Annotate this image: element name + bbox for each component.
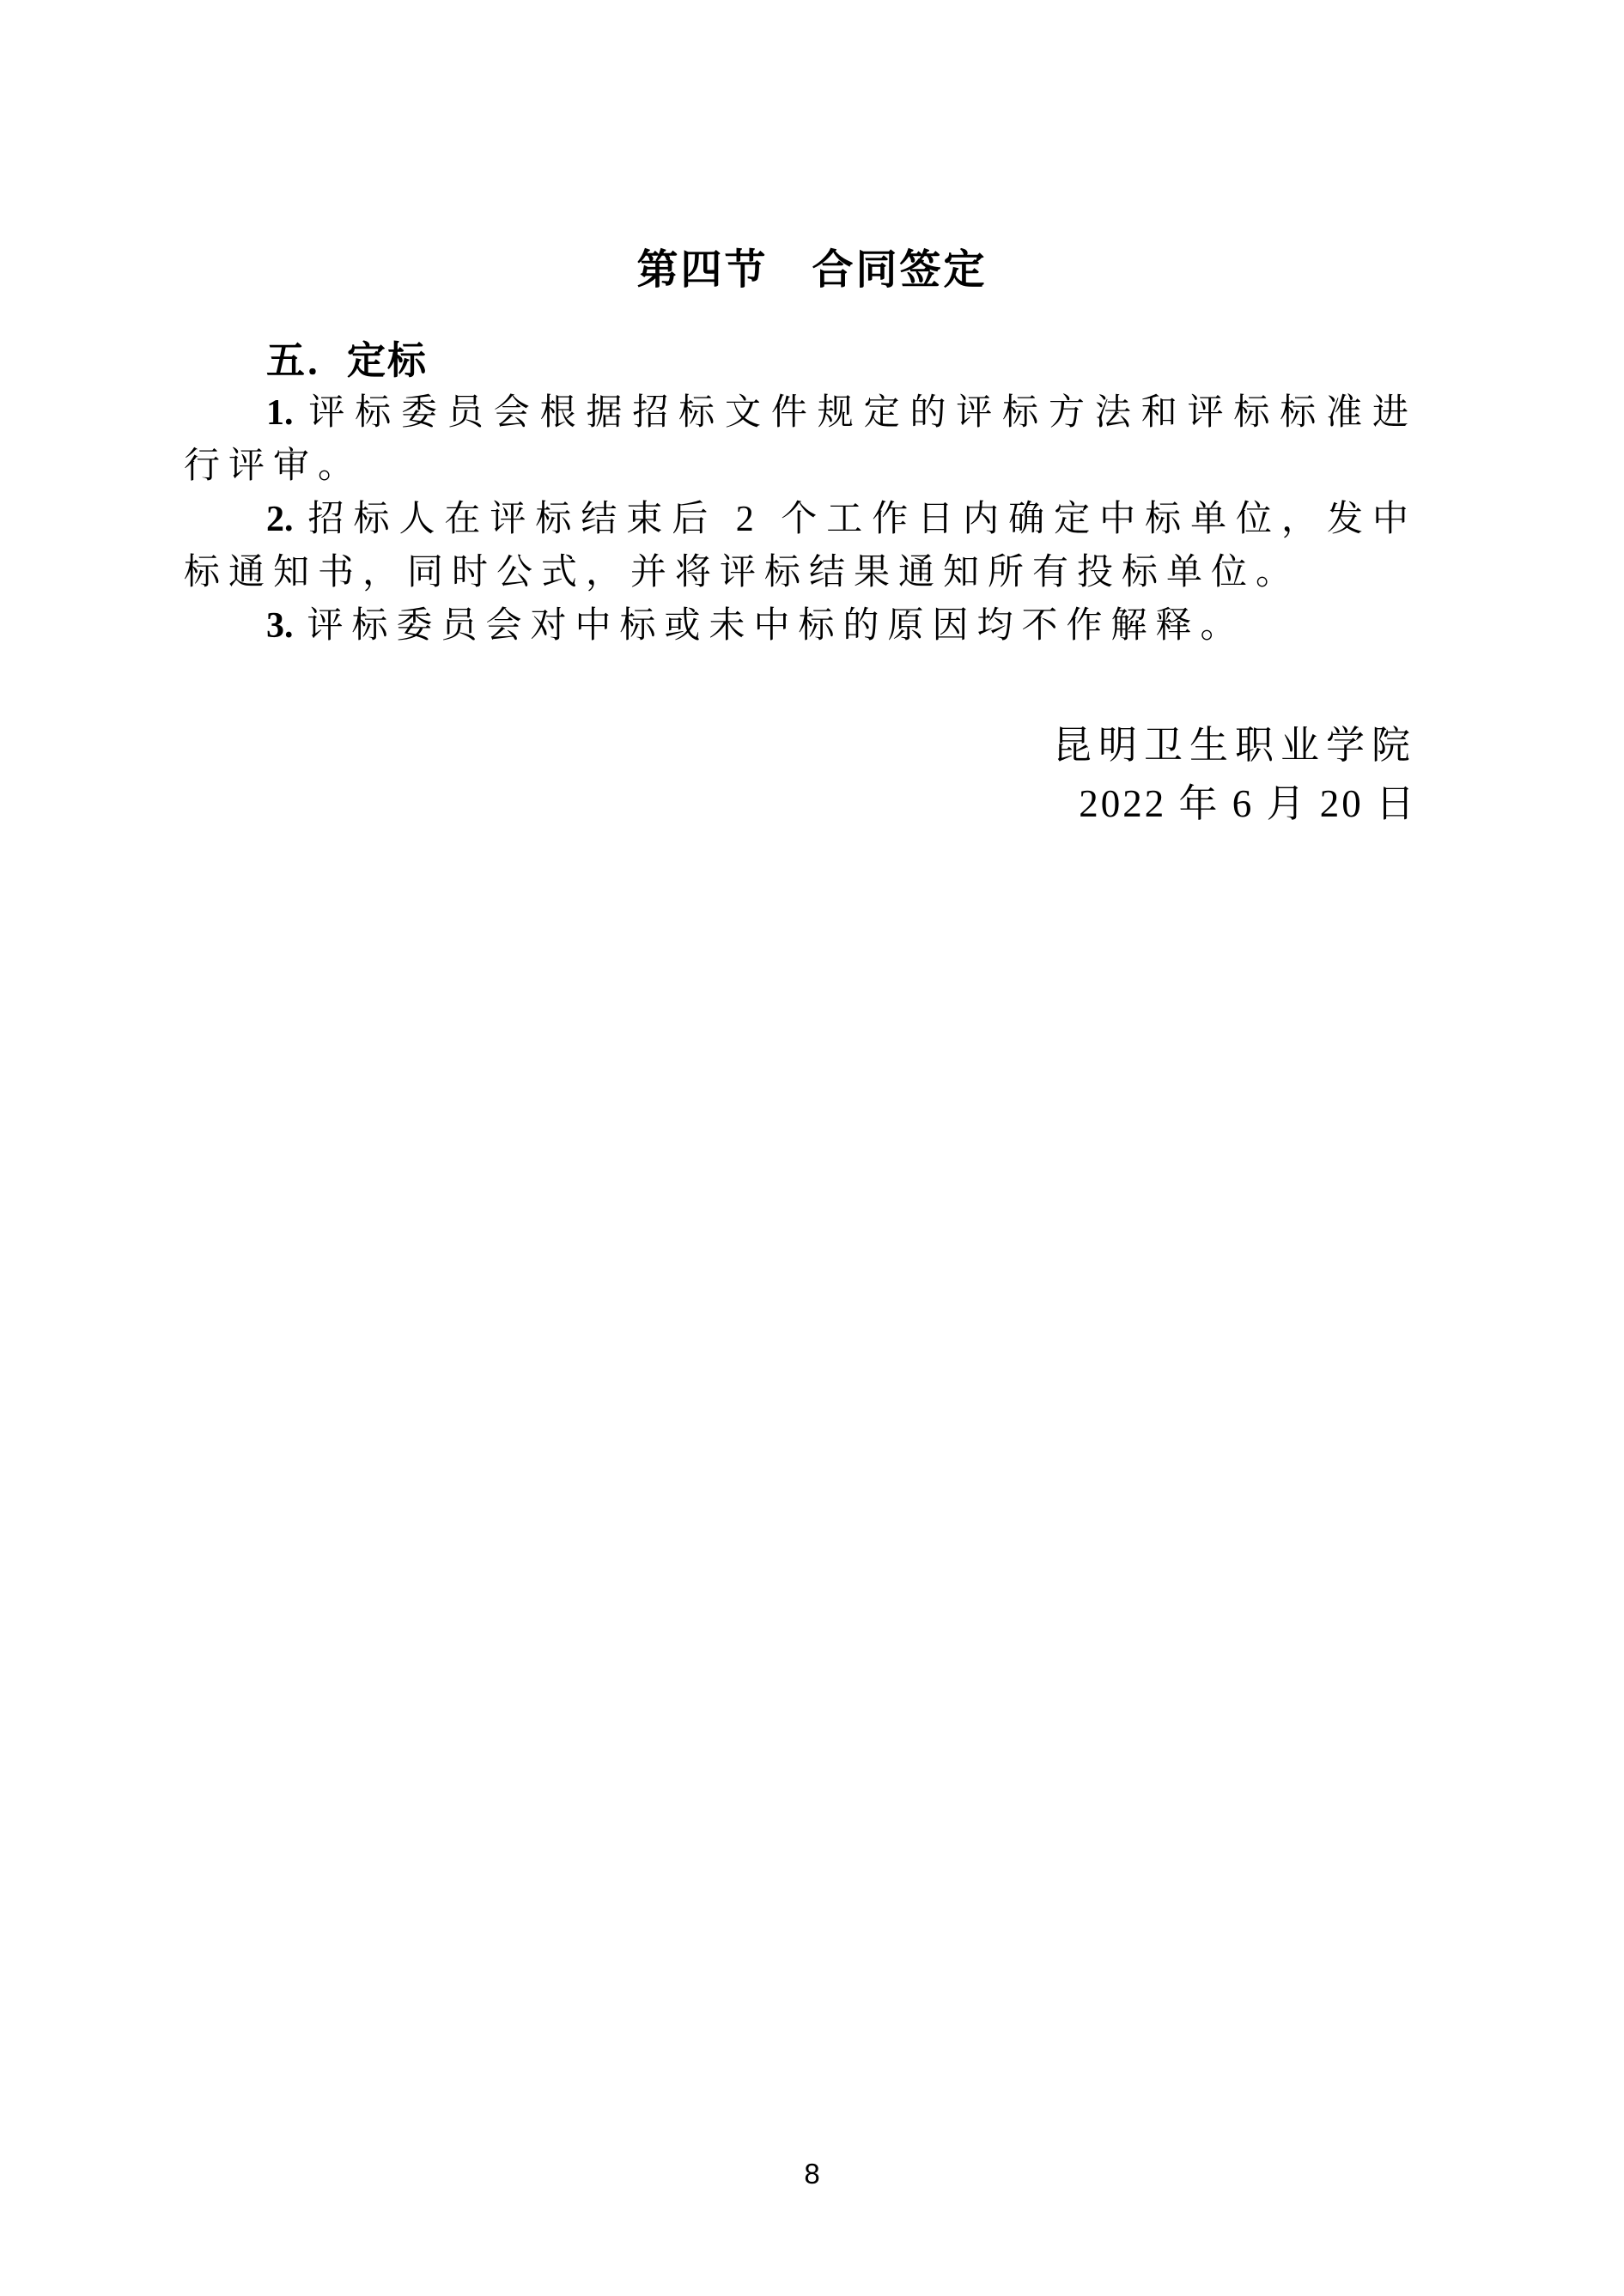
paragraph-text: 评标委员会对中标或未中标的原因均不作解释。 xyxy=(307,606,1245,646)
page-number: 8 xyxy=(0,2157,1624,2191)
document-body: 五．定标 1.评标委员会根据招标文件规定的评标方法和评标标准进行评审。 2.招标… xyxy=(184,335,1417,833)
paragraph-text: 招标人在评标结束后 2 个工作日内确定中标单位，发中标通知书，同时公式，并将评标… xyxy=(184,500,1417,592)
paragraph-text: 评标委员会根据招标文件规定的评标方法和评标标准进行评审。 xyxy=(184,393,1417,486)
organization-name: 昆明卫生职业学院 xyxy=(184,716,1417,774)
paragraph-item: 2.招标人在评标结束后 2 个工作日内确定中标单位，发中标通知书，同时公式，并将… xyxy=(184,493,1417,599)
list-number: 3. xyxy=(266,606,294,646)
signature-date: 2022 年 6 月 20 日 xyxy=(184,774,1417,833)
document-page: 第四节 合同签定 五．定标 1.评标委员会根据招标文件规定的评标方法和评标标准进… xyxy=(0,0,1624,2296)
paragraph-item: 3.评标委员会对中标或未中标的原因均不作解释。 xyxy=(184,599,1417,653)
signature-block: 昆明卫生职业学院 2022 年 6 月 20 日 xyxy=(184,716,1417,833)
paragraph-item: 1.评标委员会根据招标文件规定的评标方法和评标标准进行评审。 xyxy=(184,386,1417,493)
list-number: 1. xyxy=(266,393,294,433)
subsection-heading: 五．定标 xyxy=(184,335,1417,386)
list-number: 2. xyxy=(266,500,294,539)
page-title: 第四节 合同签定 xyxy=(0,0,1624,295)
